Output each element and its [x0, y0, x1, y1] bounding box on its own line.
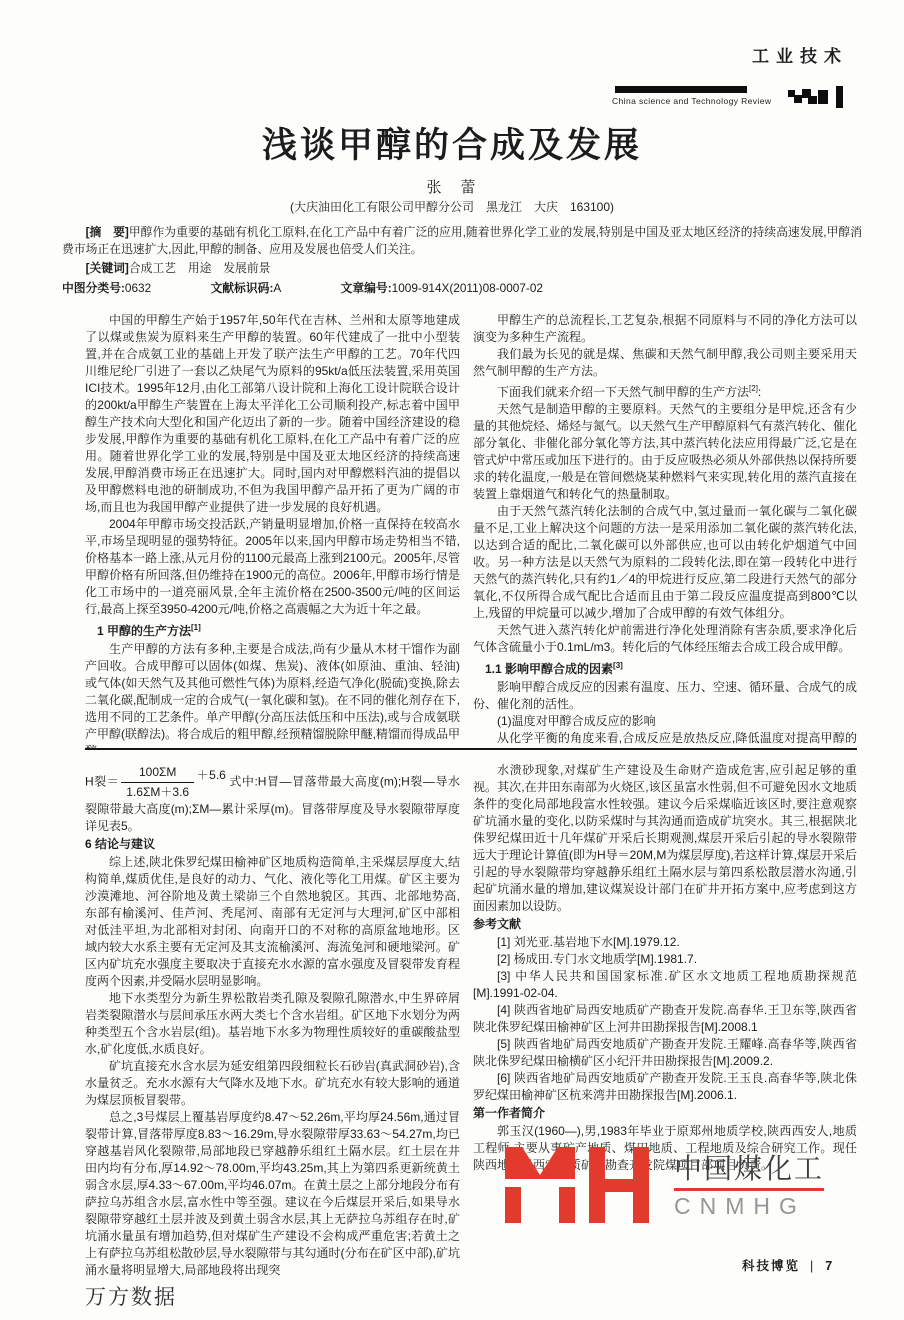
paragraph: 甲醇生产的总流程长,工艺复杂,根据不同原料与不同的净化方法可以演变为多种生产流程…	[473, 312, 857, 346]
section-heading-production-methods: 1 甲醇的生产方法[1]	[85, 619, 460, 640]
water-fracture-formula: H裂＝100ΣM1.6ΣM＋3.6＋5.6式中:H冒—冒落带最大高度(m);H裂…	[85, 764, 460, 835]
paragraph: 天然气进入蒸汽转化炉前需进行净化处理消除有害杂质,要求净化后气体含硫量小于0.1…	[473, 622, 857, 656]
article-divider-rule	[85, 748, 857, 750]
reference-superscript: [3]	[613, 661, 623, 670]
header-divider-bar	[615, 86, 747, 93]
abstract: [摘 要]甲醇作为重要的基础有机化工原料,在化工产品中有着广泛的应用,随着世界化…	[62, 224, 862, 258]
wanfang-data-watermark: 万方数据	[85, 1281, 177, 1311]
paragraph: 天然气是制造甲醇的主要原料。天然气的主要组分是甲烷,还含有少量的其他烷烃、烯烃与…	[473, 401, 857, 503]
paragraph: 综上述,陕北侏罗纪煤田榆神矿区地质构造简单,主采煤层厚度大,结构简单,煤质优佳,…	[85, 854, 460, 990]
cnmhg-logo-en-text: CNMHG	[674, 1193, 824, 1220]
journal-name-english: China science and Technology Review	[612, 96, 771, 106]
article-number: 文章编号:1009-914X(2011)08-0007-02	[341, 281, 543, 295]
reference-superscript: [2]	[749, 384, 758, 393]
paragraph: 生产甲醇的方法有多种,主要是合成法,尚有少量从木材干馏作为副产回收。合成甲醇可以…	[85, 641, 460, 748]
publisher-logo-icon	[788, 86, 852, 115]
footer-journal-name: 科技博览	[742, 1259, 800, 1273]
cnmhg-logo-cn-text: 中国煤化工	[674, 1147, 824, 1191]
formula-fraction: 100ΣM1.6ΣM＋3.6	[121, 764, 194, 801]
article-title: 浅谈甲醇的合成及发展	[0, 118, 904, 168]
reference-superscript: [1]	[191, 623, 201, 632]
paragraph: 由于天然气蒸汽转化法制的合成气中,氢过量而一氧化碳与二氧化碳量不足,工业上解决这…	[473, 503, 857, 622]
article1-right-column: 甲醇生产的总流程长,工艺复杂,根据不同原料与不同的净化方法可以演变为多种生产流程…	[473, 312, 857, 748]
cnmhg-mh-logo-icon	[505, 1147, 660, 1223]
footer-separator: |	[810, 1259, 815, 1273]
paragraph: 从化学平衡的角度来看,合成反应是放热反应,降低温度对提高甲醇的产	[473, 730, 857, 748]
meta-block: [摘 要]甲醇作为重要的基础有机化工原料,在化工产品中有着广泛的应用,随着世界化…	[62, 224, 862, 297]
reference-item: [5] 陕西省地矿局西安地质矿产勘查开发院.王耀峰.高春华等,陕西省陕北侏罗纪煤…	[473, 1036, 857, 1070]
paragraph: 矿坑直接充水含水层为延安组第四段细粒长石砂岩(真武洞砂岩),含水量贫乏。充水水源…	[85, 1058, 460, 1109]
paragraph: 2004年甲醇市场交投活跃,产销量明显增加,价格一直保持在较高水平,市场呈现明显…	[85, 516, 460, 618]
article2-left-column: H裂＝100ΣM1.6ΣM＋3.6＋5.6式中:H冒—冒落带最大高度(m);H裂…	[85, 762, 460, 1279]
article1-left-column: 中国的甲醇生产始于1957年,50年代在吉林、兰州和太原等地建成了以煤或焦炭为原…	[85, 312, 460, 748]
reference-item: [1] 刘光亚.基岩地下水[M].1979.12.	[473, 934, 857, 951]
paragraph: 地下水类型分为新生界松散岩类孔隙及裂隙孔隙潜水,中生界碎屑岩类裂隙潜水与层间承压…	[85, 990, 460, 1058]
keywords-label: [关键词]	[86, 261, 129, 275]
section-heading-synthesis-factors: 1.1 影响甲醇合成的因素[3]	[473, 657, 857, 678]
article-identifiers: 中图分类号:0632 文献标识码:A 文章编号:1009-914X(2011)0…	[62, 280, 862, 297]
paragraph: 水溃砂现象,对煤矿生产建设及生命财产造成危害,应引起足够的重视。其次,在井田东南…	[473, 762, 857, 915]
reference-item: [4] 陕西省地矿局西安地质矿产勘查开发院.高春华.王卫东等,陕西省陕北侏罗纪煤…	[473, 1002, 857, 1036]
paragraph: 中国的甲醇生产始于1957年,50年代在吉林、兰州和太原等地建成了以煤或焦炭为原…	[85, 312, 460, 516]
cnmhg-watermark: 中国煤化工 CNMHG	[505, 1147, 824, 1223]
paragraph: 我们最为长见的就是煤、焦碳和天然气制甲醇,我公司则主要采用天然气制甲醇的生产方法…	[473, 346, 857, 380]
clc-number: 中图分类号:0632	[62, 281, 151, 295]
references-heading: 参考文献	[473, 916, 857, 933]
abstract-label: [摘 要]	[86, 225, 129, 239]
reference-item: [2] 杨成田.专门水文地质学[M].1981.7.	[473, 951, 857, 968]
paragraph: 下面我们就来介绍一下天然气制甲醇的生产方法[2]:	[473, 380, 857, 401]
paragraph: 总之,3号煤层上覆基岩厚度约8.47～52.26m,平均厚24.56m,通过冒裂…	[85, 1109, 460, 1279]
section-heading-conclusions: 6 结论与建议	[85, 836, 460, 853]
article1-body: 中国的甲醇生产始于1957年,50年代在吉林、兰州和太原等地建成了以煤或焦炭为原…	[85, 312, 857, 748]
reference-item: [3] 中华人民共和国国家标准.矿区水文地质工程地质勘探规范[M].1991-0…	[473, 968, 857, 1002]
page-footer: 科技博览|7	[742, 1256, 834, 1274]
header-section-label: 工业技术	[752, 42, 848, 67]
document-code: 文献标识码:A	[210, 281, 281, 295]
page-number: 7	[825, 1259, 834, 1273]
keywords: [关键词]合成工艺 用途 发展前景	[62, 260, 862, 277]
author-name: 张 蕾	[0, 176, 904, 197]
paragraph: 影响甲醇合成反应的因素有温度、压力、空速、循环量、合成气的成份、催化剂的活性。	[473, 679, 857, 713]
author-bio-heading: 第一作者简介	[473, 1105, 857, 1122]
author-affiliation: (大庆油田化工有限公司甲醇分公司 黑龙江 大庆 163100)	[0, 198, 904, 215]
paragraph: (1)温度对甲醇合成反应的影响	[473, 713, 857, 730]
reference-item: [6] 陕西省地矿局西安地质矿产勘查开发院.王玉良.高春华等,陕北侏罗纪煤田榆神…	[473, 1070, 857, 1104]
